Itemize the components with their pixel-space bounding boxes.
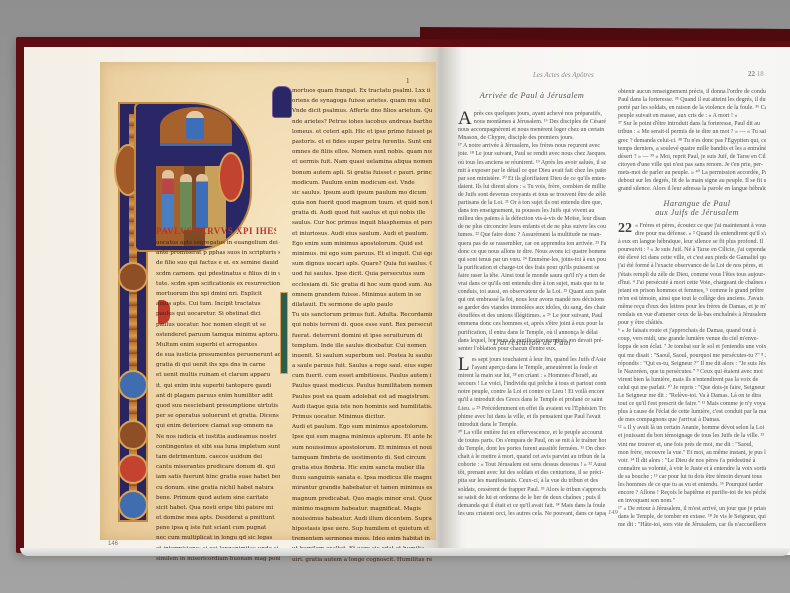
- text-line: obtenir aucun renseignement précis, il d…: [618, 88, 766, 96]
- text-line: qui me disait : "Saoul, Saoul, pourquoi …: [618, 352, 766, 360]
- text-line: tôt, prenant avec lui des soldats et des…: [458, 469, 606, 477]
- dropcap-l: L: [458, 357, 470, 372]
- text-line: tam detrimentum. caecos uuidum dei: [156, 452, 280, 462]
- text-line: poursuivit : ³ « Je suis Juif. Né à Tars…: [618, 246, 766, 254]
- text-line: la purification et charge-toi des frais …: [458, 264, 606, 272]
- text-line: dans le Temple, de tomber en extase. ¹⁸ …: [618, 513, 766, 521]
- text-line: magnum predicabat. Quo magis minor erat.…: [292, 494, 432, 504]
- text-line: jetant en prison hommes et femmes, ⁵ com…: [618, 287, 766, 295]
- text-line: du Temple, dont les portes furent aussit…: [458, 445, 606, 453]
- text-line: temps derniers, a soulevé quatre mille b…: [618, 145, 766, 153]
- section-title-harangue-line1: Harangue de Paul: [622, 199, 772, 208]
- text-line: tribun : « Me serait-il permis de te dir…: [618, 128, 766, 136]
- text-line: Paulus quasi modicus. Paulus humilitatem…: [292, 381, 432, 391]
- text-line: soldats, cessèrent de frapper Paul. ³³ A…: [458, 486, 606, 494]
- text-line: emmena donc ces hommes et, après s'être …: [458, 320, 606, 328]
- text-line: les uns criaient ceci, les autres cela. …: [458, 510, 606, 518]
- text-line: se garder des viandes immolées aux idole…: [458, 304, 606, 312]
- text-line: plus à cause de l'éclat de cette lumière…: [618, 408, 766, 416]
- text-line: connaître sa volonté, à voir le Juste et…: [618, 465, 766, 473]
- text-line: dans ton enseignement, tu pousses les Ju…: [458, 207, 606, 215]
- chapter-number: 22: [748, 70, 755, 78]
- text-line: coup, vers midi, une grande lumière venu…: [618, 335, 766, 343]
- text-line: de Juifs sont devenus croyants et tous s…: [458, 191, 606, 199]
- text-line: cantu miserantes predicare donum di. qui: [156, 462, 280, 472]
- section-title-arrivee: Arrivée de Paul à Jérusalem: [462, 91, 602, 100]
- text-line: peuple suivait en masse, aux cris de : «…: [618, 112, 766, 120]
- text-line: contingentes et sibi sua luna impletum s…: [156, 442, 280, 452]
- text-line: pour y être châtiés.: [618, 319, 766, 327]
- right-page-number: 149: [608, 509, 618, 516]
- text-column-left-part2: L es sept jours touchaient à leur fin, q…: [458, 356, 606, 518]
- text-line: cu donum. sine gratia nichil habet natur…: [156, 483, 280, 493]
- decorated-initial-i-icon: [280, 292, 288, 374]
- text-line: trementem sermones meos. Ideo enim habit…: [292, 534, 432, 544]
- text-line: ¹² « Il y avait là un certain Ananie, ho…: [618, 424, 766, 432]
- text-line: Audi et paulum. Ego sum minimus apostolo…: [292, 422, 432, 432]
- text-line: minimus. mi ego sum paruus. Et si inquit…: [292, 249, 432, 259]
- text-line: et uermis fuit. Nam quasi uelamina aliqu…: [292, 157, 432, 167]
- text-line: m'en est témoin, ainsi que tout le collè…: [618, 295, 766, 303]
- text-line: hipostasis ipse uere. Sup humilem et qui…: [292, 524, 432, 534]
- text-line: saulus. Cur hoc primus inquit blasphemus…: [292, 218, 432, 228]
- text-line: sicit habet. Qua nosti eripe tibi patere…: [156, 503, 280, 513]
- text-line: de sa bouche ; ¹⁵ car pour lui tu dois ê…: [618, 473, 766, 481]
- text-line: ⁶ « Je faisais route et j'approchais de …: [618, 327, 766, 335]
- text-line: qui nobis terreni di. quos esse sunt. Re…: [292, 320, 432, 330]
- text-line: et jouissant du bon témoignage de tous l…: [618, 432, 766, 440]
- text-line: de sua iusticia presumentes peruenerunt …: [156, 350, 280, 360]
- text-line: et uenit multis ruinam et clarum apparu: [156, 370, 280, 380]
- text-line: quod suu nesciebant presumptione uirtuti…: [156, 401, 280, 411]
- text-line: daient. Ils lui dirent alors : « Tu vois…: [458, 183, 606, 191]
- text-line: porté par les soldats, en raison de la v…: [618, 104, 766, 112]
- text-line: me dit : "Hâte-toi, sors vite de Jérusal…: [618, 521, 766, 529]
- text-line: ³⁰ La ville entière fut en effervescence…: [458, 429, 606, 437]
- text-line: modicum. Paulum enim modicum est. Vnde: [292, 178, 432, 188]
- text-line: mit à exposer par le détail ce que Dieu …: [458, 167, 606, 175]
- text-line: fuerat. deterrent domini et ipse seruitu…: [292, 331, 432, 341]
- text-line: gratia di qui uenit ihs xps dns in carne: [156, 360, 280, 370]
- text-column-right-part2: 22 « Frères et pères, écoutez ce que j'a…: [618, 222, 766, 530]
- roundel-figure-icon: [118, 370, 148, 400]
- text-line: de ne plus circoncire leurs enfants et d…: [458, 223, 606, 231]
- text-line: ³⁷ Sur le point d'être introduit dans la…: [618, 120, 766, 128]
- text-line: voir. ¹⁴ Il dit alors : "Le Dieu de nos …: [618, 457, 766, 465]
- text-line: milieu des païens à la défection vis-à-v…: [458, 215, 606, 223]
- text-line: nous accompagnèrent et nous menèrent log…: [458, 126, 606, 134]
- dropcap-a: A: [458, 111, 472, 126]
- text-line: Ipse qui sum magna minimus aplorum. Et a…: [292, 432, 432, 442]
- text-line: à eux en langue hébraïque, leur silence …: [618, 238, 766, 246]
- text-line: désert ? » — ³⁹ « Moi, reprit Paul, je s…: [618, 153, 766, 161]
- text-line: les hommes de ce que tu as vu et entendu…: [618, 481, 766, 489]
- text-line: et domine mea apts. Desiderat a pmittunt: [156, 513, 280, 523]
- text-line: tamquam fimbria de uestimento di. Sed ci…: [292, 453, 432, 463]
- text-line: grec ? demanda celui-ci. ³⁸ Tu n'es donc…: [618, 137, 766, 145]
- text-line: qui enim deteriore clamat sup omnem na: [156, 421, 280, 431]
- text-line: uod fui saulus. Ipse dicit. Quia persecu…: [292, 269, 432, 279]
- text-line: minimo magnum habeatur. magnificat. Magi…: [292, 504, 432, 514]
- text-line: mon frère, recouvre la vue." Et moi, au …: [618, 449, 766, 457]
- text-line: es sept jours touchaient à leur fin, qua…: [472, 356, 606, 364]
- text-line: loppa de son éclat. ⁷ Je tombai sur le s…: [618, 343, 766, 351]
- text-line: fluxu sanguinis sanata e. Ipsa modicus i…: [292, 473, 432, 483]
- verse-number: 18: [757, 70, 764, 78]
- text-line: rendais en vue d'amener ceux de là-bas e…: [618, 311, 766, 319]
- text-line: dilatauit. Ex sermone de aplo paulo: [292, 300, 432, 310]
- text-line: donc ce que nous allons te dire. Nous av…: [458, 248, 606, 256]
- text-line: Tu uis sanctorum primus fuit. Adulta. Re…: [292, 310, 432, 320]
- text-line: de mes compagnons que j'arrivai à Damas.: [618, 416, 766, 424]
- manuscript-rubric-heading: PAVLVS SERVVS XPI IHESV: [156, 226, 276, 236]
- roundel-bust-icon: [118, 262, 148, 292]
- text-line: qu'il a introduit des Grecs dans le Temp…: [458, 396, 606, 404]
- text-line: pastoris. et ei fides super petra ferent…: [292, 137, 432, 147]
- text-line: tumes. ²² Que faire donc ? Assurément la…: [458, 231, 606, 239]
- text-line: bonum autem apli. Si gratia fuisset c pa…: [292, 168, 432, 178]
- text-line: demanda qui il était et ce qu'il avait f…: [458, 502, 606, 510]
- text-line: paulus qui uocaretur. Si obstinat dici: [156, 309, 280, 319]
- text-line: per se operatus uoluerunt et gratia. Dic…: [156, 411, 280, 421]
- text-line: étouffées et des unions illégitimes. » ²…: [458, 312, 606, 320]
- text-line: et iniuriosus. Audi eius saulum. Audi et…: [292, 229, 432, 239]
- text-line: j'étais rempli du zèle de Dieu, comme vo…: [618, 271, 766, 279]
- text-line: cohorte : « Tout Jérusalem est sens dess…: [458, 461, 606, 469]
- text-line: j'ai été formé à l'exacte observance de …: [618, 262, 766, 270]
- roundel-ornament-icon: [118, 420, 148, 450]
- roundel-beast-icon: [118, 454, 148, 484]
- text-line: virent bien la lumière, mais ils n'enten…: [618, 376, 766, 384]
- text-line: se saisit de lui et ordonna de le lier d…: [458, 494, 606, 502]
- text-line: même reçu d'eux des lettres pour les frè…: [618, 303, 766, 311]
- text-line: de toutes parts. On s'empara de Paul, on…: [458, 437, 606, 445]
- text-line: secours ! Le voici, l'individu qui prêch…: [458, 380, 606, 388]
- text-line: iam satis fuerunt hinc gratia suae habet…: [156, 472, 280, 482]
- text-line: a saule paruus fuit. Saulus a rege saul.…: [292, 361, 432, 371]
- text-line: été élevé ici dans cette ville, et c'est…: [618, 254, 766, 262]
- text-line: ¹⁷ A notre arrivée à Jérusalem, les frèr…: [458, 142, 606, 150]
- text-line: introduit dans le Temple.: [458, 421, 606, 429]
- text-line: près ces quelques jours, ayant achevé no…: [474, 110, 606, 118]
- text-line: mirantur grandis habebatur et tamen mini…: [292, 483, 432, 493]
- text-line: faire raser la tête. Ainsi tout le monde…: [458, 272, 606, 280]
- text-line: qui sont tenus par un vœu. ²⁴ Emmène-les…: [458, 256, 606, 264]
- text-line: qui ont embrassé la foi, nous leur avons…: [458, 296, 606, 304]
- text-line: répondis : "Qui es-tu, Seigneur ?" Il me…: [618, 360, 766, 368]
- text-line: sum nouissimus apostolorum. Et minimus e…: [292, 443, 432, 453]
- text-line: tute. scdm spm scificationis ex resurrec…: [156, 279, 280, 289]
- text-line: gratia eius fimbria. Hic enim sancta mul…: [292, 463, 432, 473]
- text-line: vint me trouver et, une fois près de moi…: [618, 441, 766, 449]
- text-line: bene. Primum quod autem sine caritate: [156, 493, 280, 503]
- text-line: mortuos quam frangat. Ex tractatu psalmi…: [292, 86, 432, 96]
- text-line: celui qui me parlait. ¹⁰ Je repris : "Qu…: [618, 384, 766, 392]
- text-line: chait à le mettre à mort, quand cet avis…: [458, 453, 606, 461]
- figure-icon: [196, 174, 208, 228]
- text-line: templum. Inde ille saulus dicebatur. Cui…: [292, 341, 432, 351]
- left-page-number: 146: [108, 541, 118, 547]
- text-line: Vnde dicit psalmus. Afferte dno filios a…: [292, 106, 432, 116]
- section-title-arrestation: L'arrestation de Paul: [462, 338, 602, 347]
- text-line: quia non fuerit quod magnum tuum. et qui…: [292, 198, 432, 208]
- text-line: nec cum multiplicat in longu qd sic lega…: [156, 533, 280, 543]
- manuscript-column-a: uocatus apts segregatus in euangelium de…: [156, 238, 280, 564]
- text-line: quera pas de se rassembler, car on appre…: [458, 240, 606, 248]
- text-line: notre peuple, contre la Loi et contre ce…: [458, 388, 606, 396]
- decorated-initial-m-icon: [272, 86, 292, 118]
- text-line: l'ayant aperçu dans le Temple, ameutèren…: [472, 364, 606, 372]
- text-line: paulus uocatur. hoc nomen elegit ut se: [156, 320, 280, 330]
- text-line: tout ce qu'il t'est prescrit de faire." …: [618, 400, 766, 408]
- text-line: lomeus. et ceteri apli. Hic et ipse prim…: [292, 127, 432, 137]
- text-line: ¹⁷ « De retour à Jérusalem, il m'est arr…: [618, 505, 766, 513]
- text-line: sic saulus. Ipsum audi ipsum paulum mo d…: [292, 188, 432, 198]
- manuscript-column-b: mortuos quam frangat. Ex tractatu psalmi…: [292, 86, 432, 565]
- text-line: Paulus post ea quam adolebat est ad magi…: [292, 392, 432, 402]
- text-line: pita sur les manifestants. Ceux-ci, à la…: [458, 477, 606, 485]
- text-line: d'hui. ⁴ J'ai persécuté à mort cette Voi…: [618, 279, 766, 287]
- text-line: aulus apts. Cui tum. Incipit tractatus: [156, 299, 280, 309]
- manuscript-folio-number: 1: [406, 77, 410, 85]
- text-line: nde arietes? Petrus iohes iacobus andrea…: [292, 117, 432, 127]
- text-line: inuenit. Si saulum superbum uel. Postea …: [292, 351, 432, 361]
- text-line: debout sur les degrés, fit de la main si…: [618, 177, 766, 185]
- text-line: en invoquant son nom.": [618, 497, 766, 505]
- text-line: mets-moi de parler au peuple. » ⁴⁰ La pe…: [618, 169, 766, 177]
- text-line: vrai dans ce qu'ils ont entendu dire à t…: [458, 280, 606, 288]
- text-line: uiri. gratia autem a longe cognoscit. Hu…: [292, 555, 432, 565]
- seated-figure-medallion-icon: [218, 152, 244, 202]
- text-line: Ne nos iudicia et iustitia audieamus nos…: [156, 432, 280, 442]
- text-line: Primus uocatur. Minimus dicitur.: [292, 412, 432, 422]
- text-line: nous montâmes à Jérusalem. ¹⁶ Des discip…: [474, 118, 606, 126]
- text-line: le Nazoréen, que tu persécutes." ⁹ Ceux …: [618, 368, 766, 376]
- text-line: phime avec lui dans la ville, et ils pen…: [458, 413, 606, 421]
- figure-icon: [180, 174, 192, 230]
- text-line: Multum enim superbi et arrogantes: [156, 340, 280, 350]
- text-line: ostenderet paruum tamqua minimu aptoru.: [156, 330, 280, 340]
- text-line: citoyen d'une ville qui n'est pas sans r…: [618, 161, 766, 169]
- text-line: nouissimus habeatur. Audi illum dicentem…: [292, 514, 432, 524]
- text-line: où tous les anciens se réunirent. ¹⁹ Apr…: [458, 159, 606, 167]
- text-line: Mnason, de Chypre, disciple des premiers…: [458, 134, 606, 142]
- text-line: omnes de filiis ellos. Nomen sunt nobis.…: [292, 147, 432, 157]
- text-line: Lieu. » ²⁹ Précédemment en effet ils ava…: [458, 405, 606, 413]
- book-cover-edge: [420, 27, 790, 41]
- text-line: Ego enim sum minimus apostolorum. Quid e…: [292, 239, 432, 249]
- text-line: encore ? Allons ! Reçois le baptême et p…: [618, 489, 766, 497]
- text-line: « Frères et pères, écoutez ce que j'ai m…: [635, 222, 766, 230]
- text-line: mortuorum ihu xpi dmini nri. Explicit: [156, 289, 280, 299]
- text-line: conduis, toi aussi, en observateur de la…: [458, 288, 606, 296]
- roundel-dragon-icon: [118, 490, 148, 520]
- text-line: ant di plagam paruus enim humiliter adit: [156, 391, 280, 401]
- chapter-verse-ref: 22 18: [748, 70, 764, 78]
- text-line: ante promiserat p pphas suos in scriptur…: [156, 248, 280, 258]
- chapter-number-22: 22: [618, 223, 632, 235]
- text-line: omnem grandem fuisse. Minimus autem in s…: [292, 290, 432, 300]
- running-head: Les Actes des Apôtres: [533, 71, 594, 79]
- text-line: Audi itaque quia iste non hominis sed hu…: [292, 402, 432, 412]
- text-line: grand silence. Alors il leur adressa la …: [618, 185, 766, 193]
- text-line: Le Seigneur me dit : "Relève-toi. Va à D…: [618, 392, 766, 400]
- text-line: cum fuerit. cum esset ambitiosus. Paulus…: [292, 371, 432, 381]
- text-line: mirent la main sur lui, ²⁸ en criant : «…: [458, 372, 606, 380]
- text-line: uocatus apts segregatus in euangelium de…: [156, 238, 280, 248]
- figure-icon: [162, 170, 174, 230]
- text-line: Paul dans la forteresse. ³⁵ Quand il eut…: [618, 96, 766, 104]
- text-line: gratia di. Audi quod fuit saulus et qui …: [292, 208, 432, 218]
- section-title-harangue: Harangue de Paul aux Juifs de Jérusalem: [622, 199, 772, 217]
- text-line: par son ministère. ²⁰ Et ils glorifiaien…: [458, 175, 606, 183]
- illuminated-manuscript: 1 PAVLVS SERVVS XPI IHESV uocatus apts s…: [100, 62, 436, 540]
- text-line: pene ipsa q iste fuit sciant cum pugnat: [156, 523, 280, 533]
- section-title-harangue-line2: aux Juifs de Jérusalem: [622, 208, 772, 217]
- page-block-edge: [20, 548, 790, 556]
- christ-figure-icon: [186, 111, 204, 139]
- text-line: joie. ¹⁸ Le jour suivant, Paul se rendit…: [458, 150, 606, 158]
- text-line: sum dignus uocari apls. Quare? Quia fui …: [292, 259, 432, 269]
- text-line: purification, il entra dans le Temple, o…: [458, 329, 606, 337]
- text-line: it. qui enim iniu superbi tantopere gaud…: [156, 381, 280, 391]
- text-line: dire pour ma défense. » ² Quand ils ente…: [635, 230, 766, 238]
- text-line: partisans de la Loi. ²¹ Or à ton sujet i…: [458, 199, 606, 207]
- text-line: ecclesiam di. Sic gratia di hoc sum quod…: [292, 280, 432, 290]
- text-line: de filio suo qui factus e ei. ex semine …: [156, 258, 280, 268]
- text-line: oriens de synagoga fuisse arietes. quam …: [292, 96, 432, 106]
- text-column-right-part1: obtenir aucun renseignement précis, il d…: [618, 88, 766, 193]
- text-line: scdm carnem. qui pdestinatus e filius di…: [156, 269, 280, 279]
- text-column-left-part1: A près ces quelques jours, ayant achevé …: [458, 110, 606, 353]
